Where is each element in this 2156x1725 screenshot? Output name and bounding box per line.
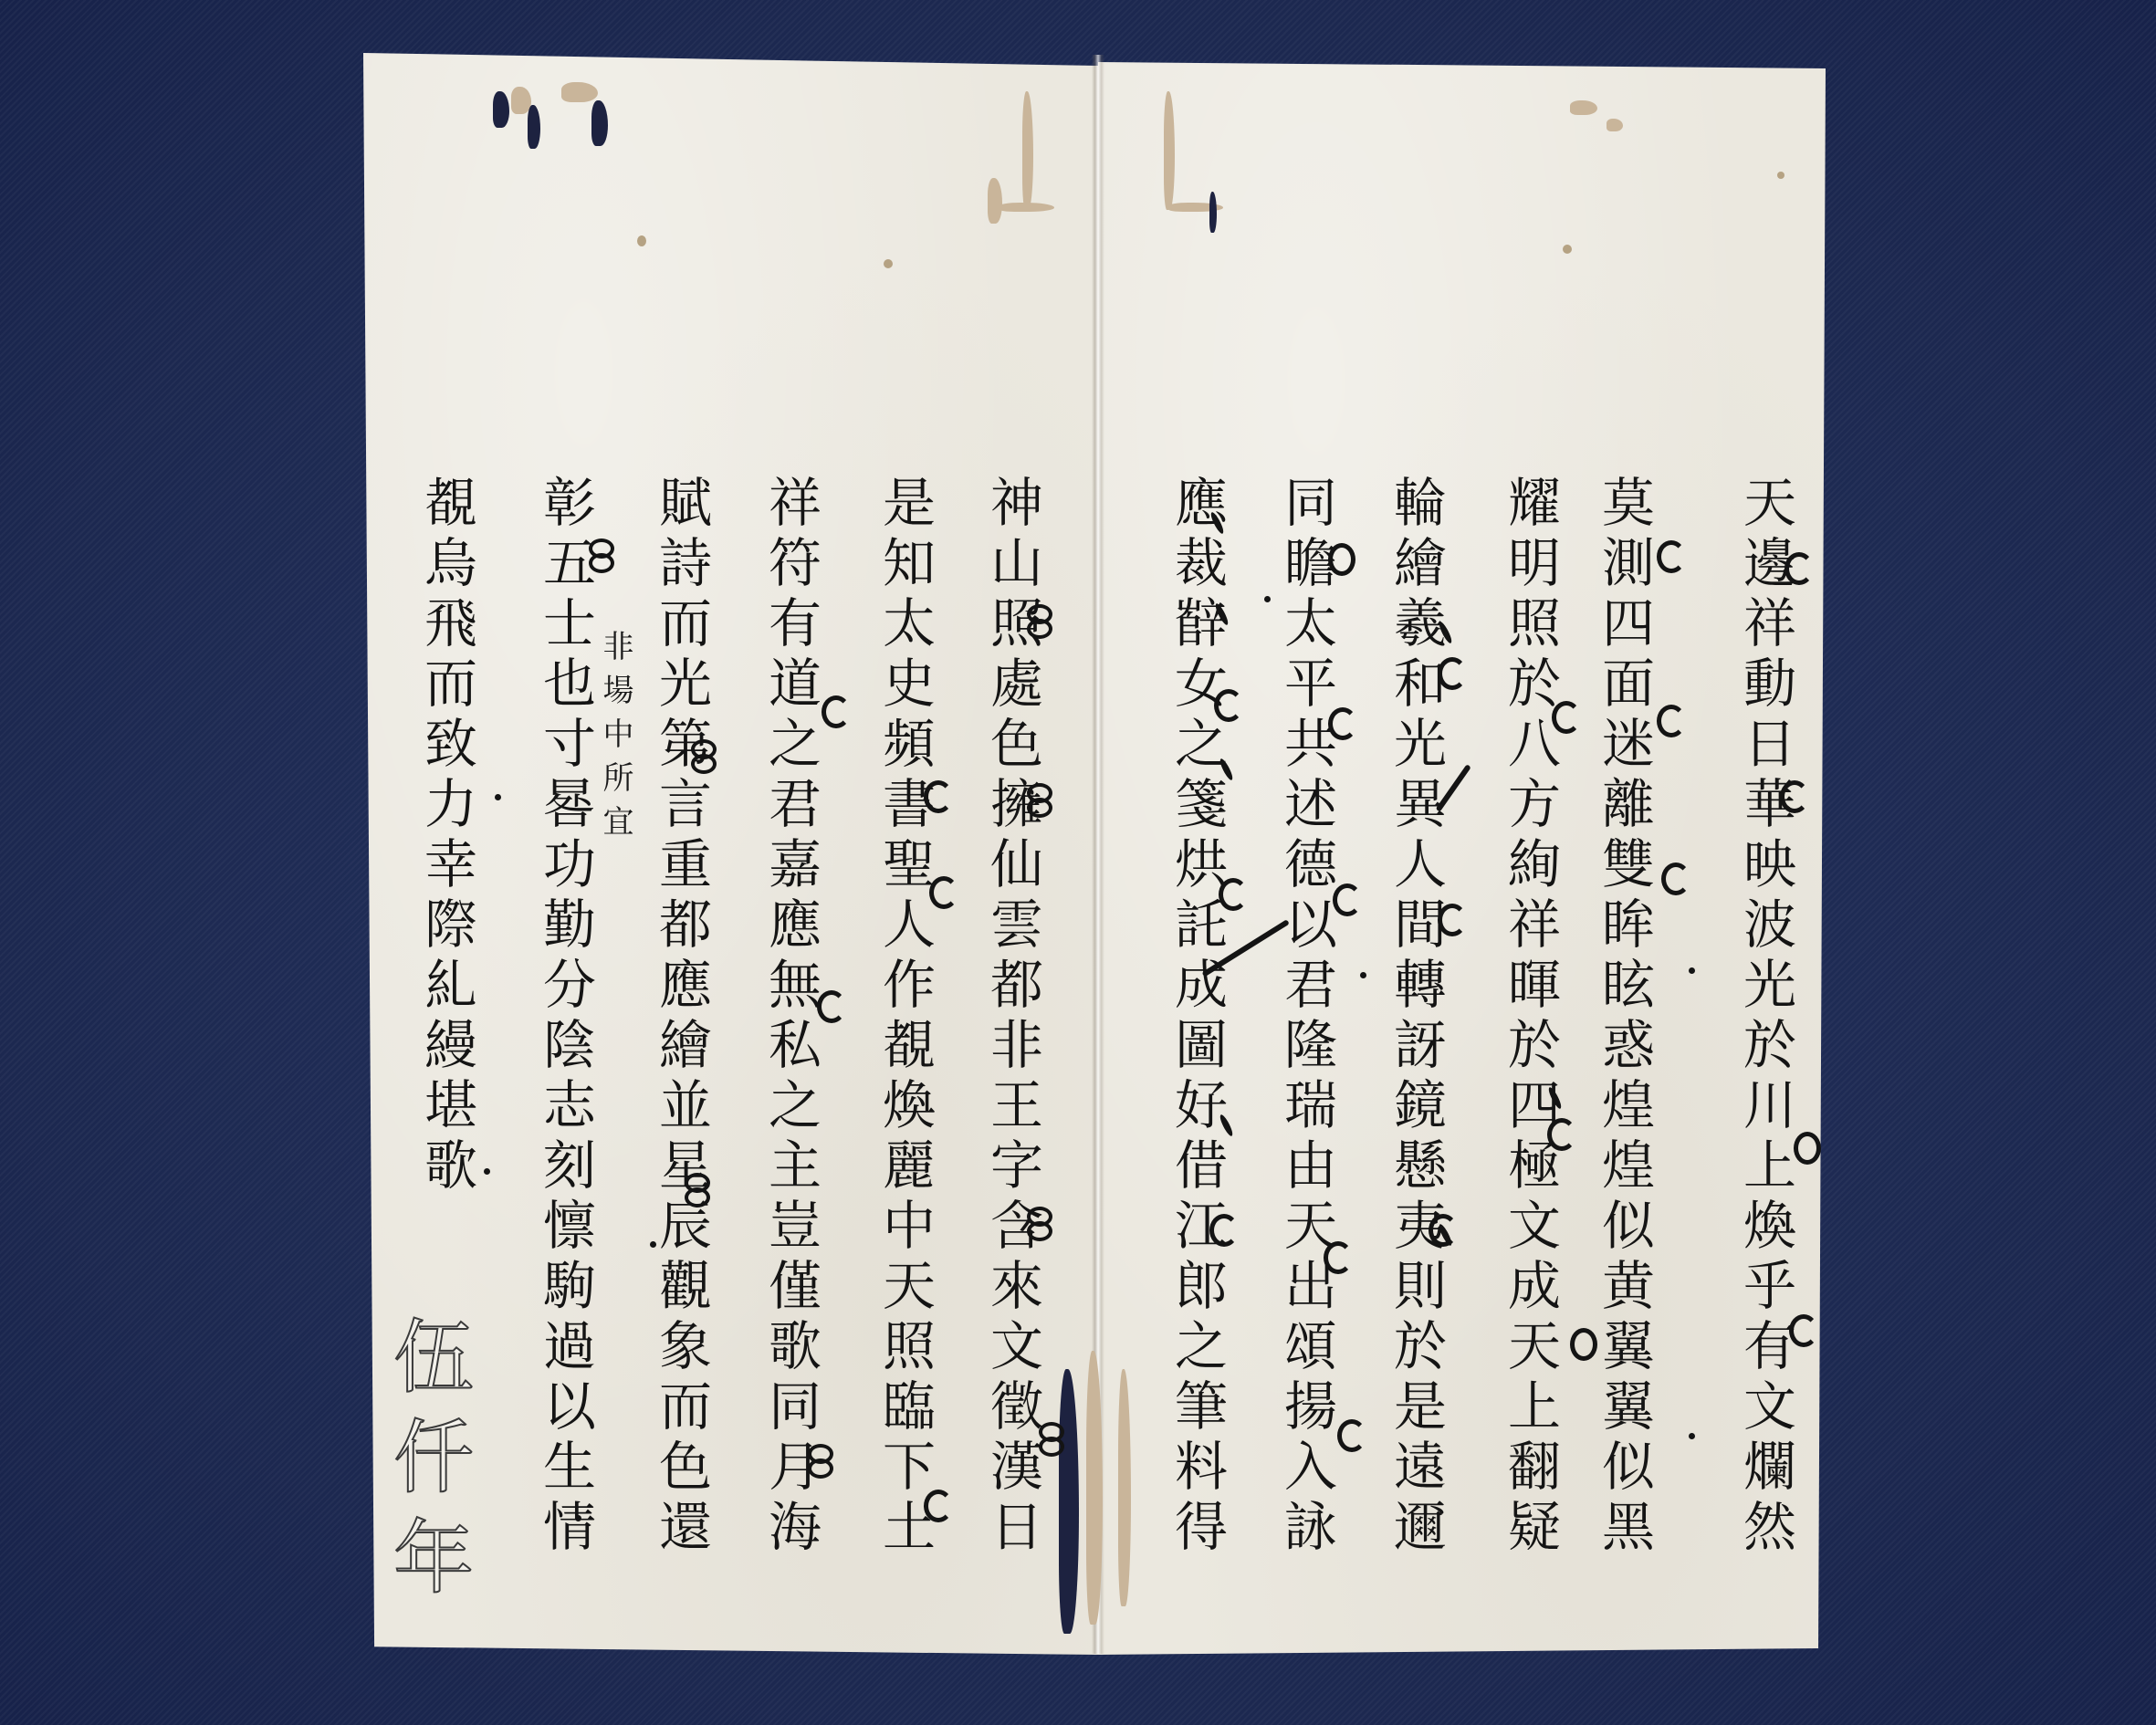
circle-mark-icon [1794, 1132, 1821, 1165]
circle-mark-icon [1209, 1214, 1239, 1247]
double-circle-mark-icon [691, 739, 715, 772]
circle-mark-icon [1438, 904, 1467, 936]
double-circle-mark-icon [685, 1173, 708, 1206]
circle-mark-icon [1328, 543, 1355, 576]
text-column: 天邊祥動日華映波光於川上煥乎有文爛然 [1739, 475, 1792, 1559]
text-column: 神山照處色擁仙雲都非王字含來文徵漢日 [986, 475, 1039, 1559]
text-column: 賦詩而光第言重都應繪並星辰觀象而色還 [654, 475, 707, 1559]
circle-mark-icon [1657, 540, 1686, 573]
margin-annotation: 非場中所宜 [593, 630, 638, 849]
text-column: 是知太史頻書聖人作覩煥麗中天照臨下土 [878, 475, 931, 1559]
text-column: 耀明照於八方絢祥暉於四極文成天上翻疑 [1503, 475, 1556, 1559]
circle-mark-icon [1337, 1419, 1366, 1452]
circle-mark-icon [924, 780, 953, 813]
text-column: 莫測四面迷離雙眸眩惑煌煌似黄翼翼似黑 [1597, 475, 1650, 1559]
circle-mark-icon [1328, 707, 1357, 740]
circle-mark-icon [1570, 1328, 1597, 1361]
circle-mark-icon [1438, 657, 1467, 690]
circle-mark-icon [1657, 705, 1686, 737]
text-column: 祥符有道之君嘉應無私之主豈僅歌同月海 [764, 475, 817, 1559]
circle-mark-icon [929, 876, 958, 909]
double-circle-mark-icon [1027, 1207, 1051, 1239]
outlined-stamp-text: 伍仟年 [370, 1314, 485, 1615]
text-column: 覩烏飛而致力幸際糺縵堪歌 [420, 475, 473, 1197]
circle-mark-icon [1780, 780, 1809, 813]
circle-mark-icon [822, 695, 851, 728]
circle-mark-icon [817, 990, 846, 1023]
circle-mark-icon [924, 1490, 953, 1522]
circle-mark-icon [1661, 862, 1690, 895]
text-column: 應裁辥女之箋烘託成圖好借江郎之筆料得 [1170, 475, 1223, 1559]
double-circle-mark-icon [1027, 604, 1051, 637]
circle-mark-icon [1219, 878, 1248, 911]
double-circle-mark-icon [808, 1444, 832, 1477]
double-circle-mark-icon [589, 538, 612, 571]
circle-mark-icon [1552, 701, 1581, 734]
circle-mark-icon [1214, 689, 1243, 722]
text-column: 彰五士也寸晷功勤分陰志刻懔駒過以生情 [539, 475, 591, 1559]
circle-mark-icon [1784, 552, 1814, 585]
double-circle-mark-icon [1027, 783, 1051, 816]
circle-mark-icon [1324, 1241, 1353, 1274]
double-circle-mark-icon [1039, 1422, 1062, 1455]
text-column: 同瞻太平共述德以君隆瑞由天出頌揚入詠 [1280, 475, 1333, 1559]
circle-mark-icon [1547, 1118, 1576, 1151]
text-column: 輪繪羲和光異人間轉訝鏡懸夷則於是遠邇 [1389, 475, 1442, 1559]
circle-mark-icon [1333, 883, 1362, 916]
circle-mark-icon [1789, 1314, 1818, 1347]
